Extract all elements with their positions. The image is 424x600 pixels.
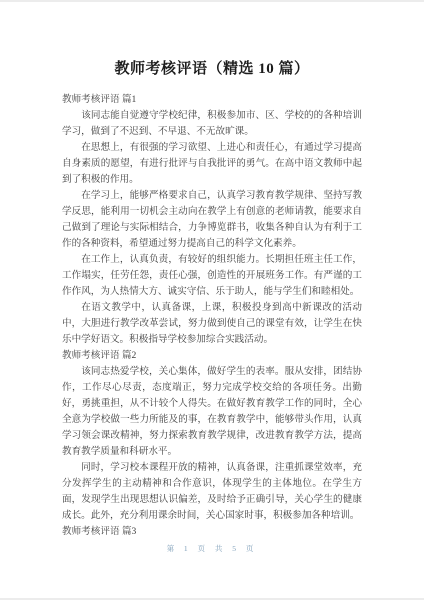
section-heading: 教师考核评语 篇1 [62,92,362,108]
page-title: 教师考核评语（精选 10 篇） [62,58,362,80]
document-page: 教师考核评语（精选 10 篇） 教师考核评语 篇1该同志能自觉遵守学校纪律，积极… [0,0,424,600]
section-heading: 教师考核评语 篇2 [62,348,362,364]
section-heading: 教师考核评语 篇3 [62,524,362,540]
page-footer: 第 1 页 共 5 页 [0,543,424,554]
paragraph: 同时，学习校本课程开放的精神，认真备课，注重抓课堂效率，充分发挥学生的主动精神和… [62,460,362,524]
document-body: 教师考核评语 篇1该同志能自觉遵守学校纪律，积极参加市、区、学校的的各种培训学习… [62,92,362,540]
paragraph: 在思想上，有很强的学习欲望、上进心和责任心，有通过学习提高自身素质的愿望，有进行… [62,140,362,188]
paragraph: 在工作上，认真负责，有较好的组织能力。长期担任班主任工作，工作塌实，任劳任怨，责… [62,252,362,300]
paragraph: 在学习上，能够严格要求自己，认真学习教育教学规律、坚持写教学反思，能利用一切机会… [62,188,362,252]
paragraph: 在语文教学中，认真备课，上课，积极投身到高中新课改的活动中，大胆进行教学改革尝试… [62,300,362,348]
paragraph: 该同志能自觉遵守学校纪律，积极参加市、区、学校的的各种培训学习，做到了不迟到、不… [62,108,362,140]
paragraph: 该同志热爱学校，关心集体，做好学生的表率。服从安排，团结协作，工作尽心尽责，态度… [62,364,362,460]
